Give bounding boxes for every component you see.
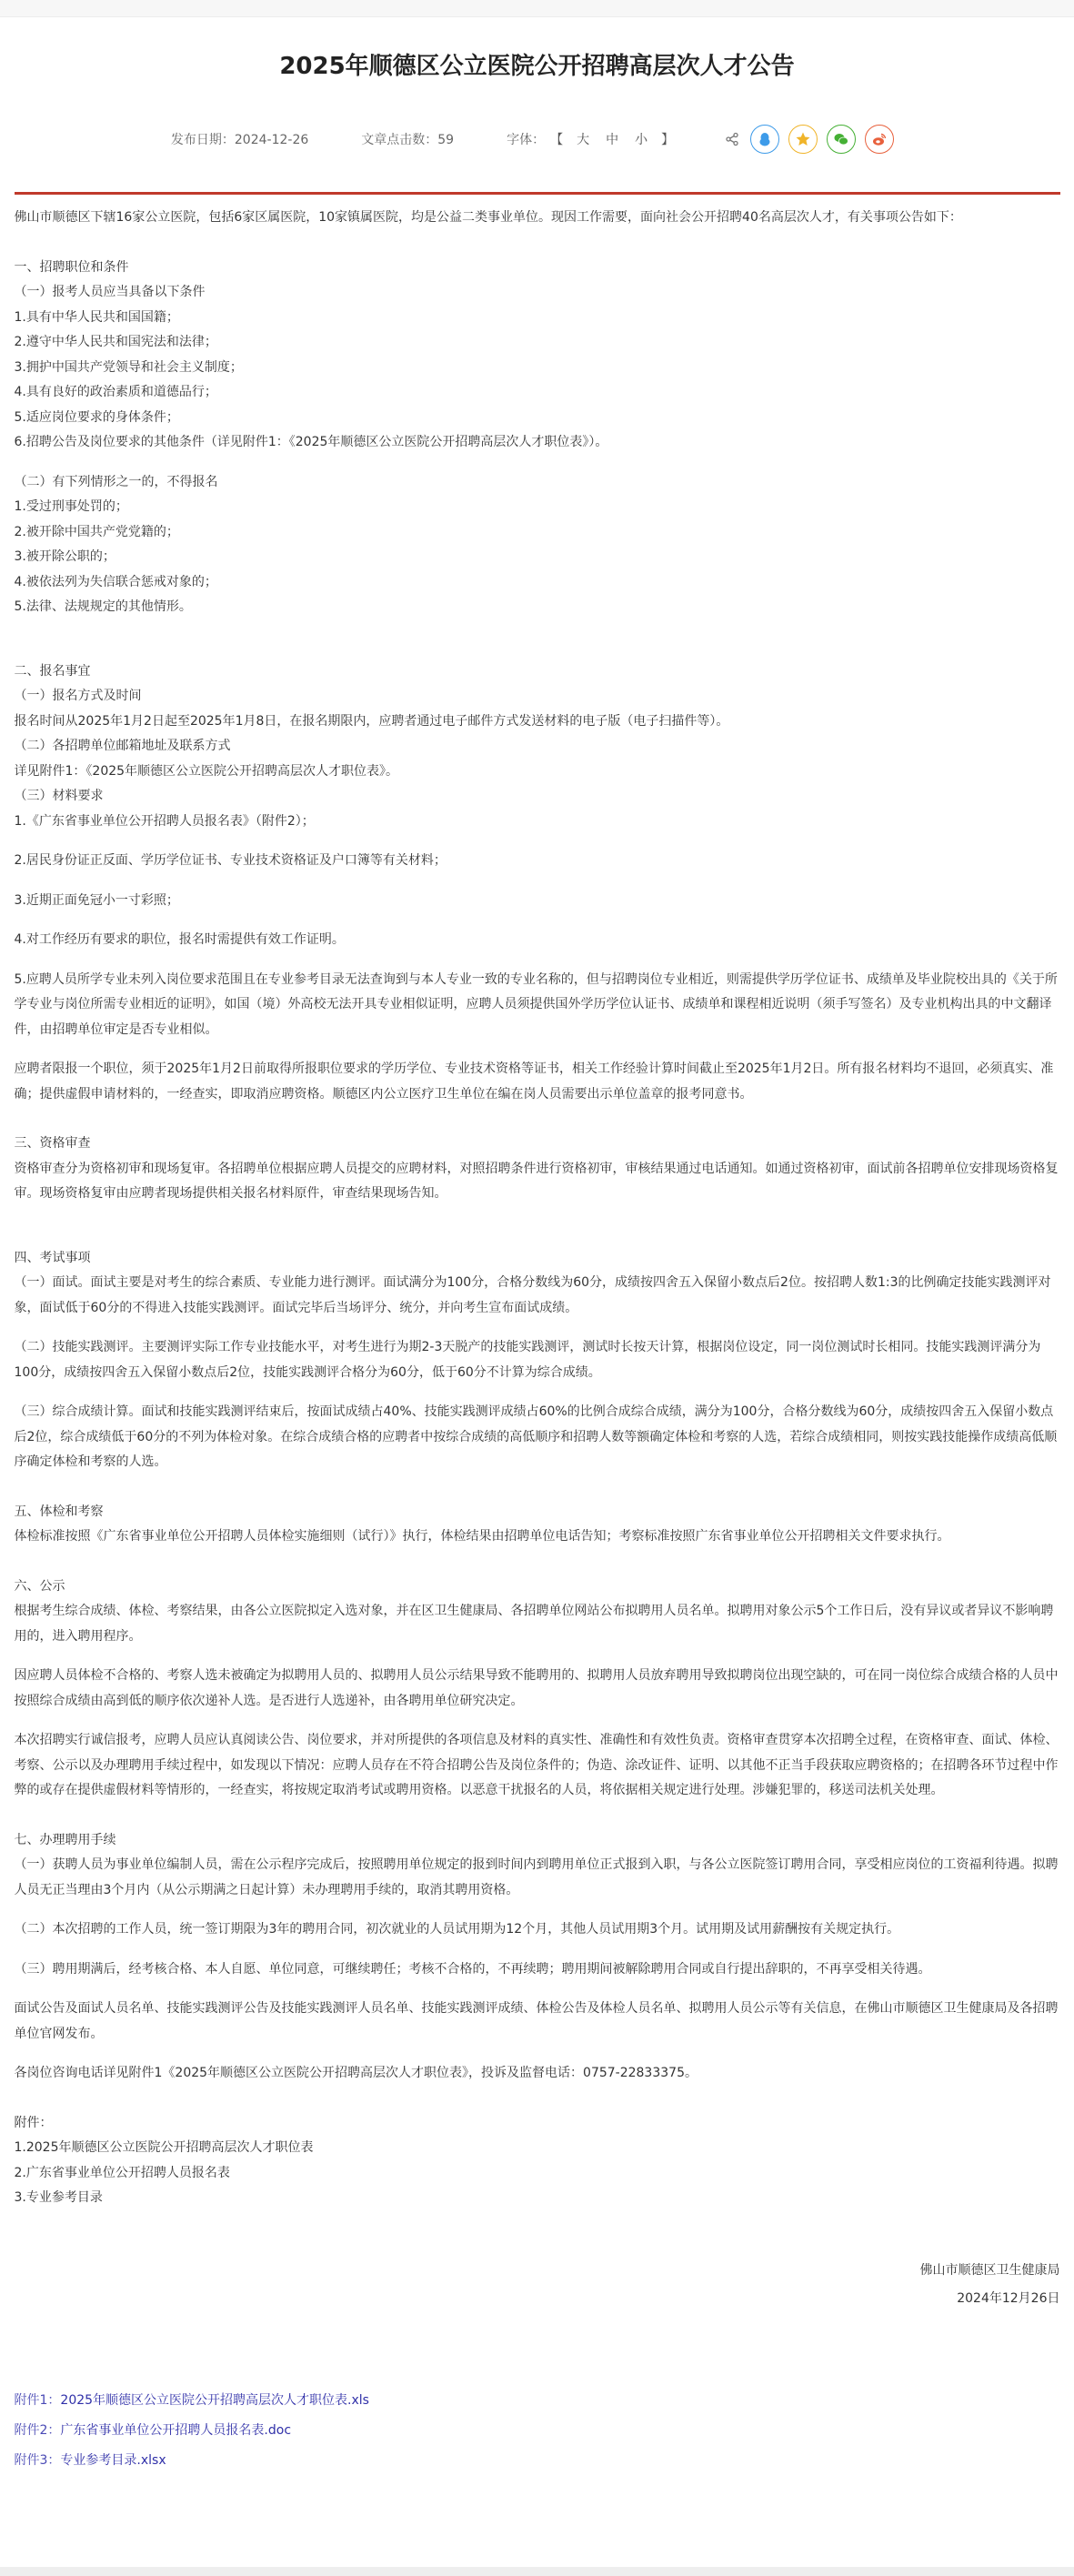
share-qq-button[interactable] <box>750 125 779 154</box>
attachments-label: 附件： <box>15 2111 1060 2137</box>
list-item: 3.被开除公职的； <box>15 545 1060 570</box>
subsection-heading: （二）有下列情形之一的，不得报名 <box>15 470 1060 496</box>
list-item: 1.《广东省事业单位公开招聘人员报名表》（附件2）； <box>15 810 1060 835</box>
list-item: 2.遵守中华人民共和国宪法和法律； <box>15 330 1060 356</box>
paragraph: （一）获聘人员为事业单位编制人员，需在公示程序完成后，按照聘用单位规定的报到时间… <box>15 1853 1060 1903</box>
subsection-heading: （二）各招聘单位邮箱地址及联系方式 <box>15 734 1060 760</box>
subsection-heading: （一）报考人员应当具备以下条件 <box>15 280 1060 306</box>
paragraph: 应聘者限报一个职位，须于2025年1月2日前取得所报职位要求的学历学位、专业技术… <box>15 1057 1060 1107</box>
weibo-icon <box>871 131 888 147</box>
share-icon <box>725 132 739 146</box>
paragraph: 体检标准按照《广东省事业单位公开招聘人员体检实施细则（试行）》执行，体检结果由招… <box>15 1524 1060 1550</box>
list-item: 2.居民身份证正反面、学历学位证书、专业技术资格证及户口簿等有关材料； <box>15 849 1060 874</box>
publish-date: 发布日期：2024-12-26 <box>171 130 308 148</box>
qq-icon <box>757 131 773 147</box>
paragraph: （三）综合成绩计算。面试和技能实践测评结束后，按面试成绩占40%、技能实践测评成… <box>15 1400 1060 1475</box>
list-item: 5.法律、法规规定的其他情形。 <box>15 595 1060 620</box>
list-item: 4.对工作经历有要求的职位，报名时需提供有效工作证明。 <box>15 928 1060 953</box>
font-size-control: 字体： 【 大 中 小 】 <box>507 130 679 148</box>
paragraph: （一）面试。面试主要是对考生的综合素质、专业能力进行测评。面试满分为100分，合… <box>15 1271 1060 1321</box>
share-group <box>725 125 903 154</box>
view-count: 文章点击数：59 <box>361 130 454 148</box>
bottom-bar <box>0 2567 1074 2576</box>
page-title: 2025年顺德区公立医院公开招聘高层次人才公告 <box>15 17 1060 85</box>
list-item: 3.近期正面免冠小一寸彩照； <box>15 889 1060 914</box>
wechat-icon <box>833 131 849 147</box>
font-size-label: 字体： <box>507 130 545 148</box>
signature-org: 佛山市顺德区卫生健康局 <box>15 2257 1060 2285</box>
attachment-list-item: 3.专业参考目录 <box>15 2186 1060 2211</box>
attachment-1-link[interactable]: 2025年顺德区公立医院公开招聘高层次人才职位表.xls <box>60 2393 369 2408</box>
list-item: 1.具有中华人民共和国国籍； <box>15 306 1060 331</box>
paragraph: （二）本次招聘的工作人员，统一签订期限为3年的聘用合同，初次就业的人员试用期为1… <box>15 1917 1060 1943</box>
paragraph: 报名时间从2025年1月2日起至2025年1月8日，在报名期限内，应聘者通过电子… <box>15 709 1060 735</box>
attachment-3-link[interactable]: 专业参考目录.xlsx <box>60 2453 166 2468</box>
list-item: 4.被依法列为失信联合惩戒对象的； <box>15 570 1060 596</box>
share-weibo-button[interactable] <box>865 125 894 154</box>
share-qzone-button[interactable] <box>788 125 818 154</box>
intro-paragraph: 佛山市顺德区下辖16家公立医院，包括6家区属医院，10家镇属医院，均是公益二类事… <box>15 206 1060 231</box>
paragraph: （三）聘用期满后，经考核合格、本人自愿、单位同意，可继续聘任；考核不合格的，不再… <box>15 1957 1060 1983</box>
attachment-link-row: 附件1：2025年顺德区公立医院公开招聘高层次人才职位表.xls <box>15 2386 1060 2416</box>
top-bar <box>0 0 1074 17</box>
section-heading: 七、办理聘用手续 <box>15 1828 1060 1854</box>
signature-date: 2024年12月26日 <box>15 2285 1060 2313</box>
list-item: 5.应聘人员所学专业未列入岗位要求范围且在专业参考目录无法查询到与本人专业一致的… <box>15 968 1060 1043</box>
qzone-icon <box>795 131 811 147</box>
paragraph: （二）技能实践测评。主要测评实际工作专业技能水平，对考生进行为期2-3天脱产的技… <box>15 1335 1060 1385</box>
attachment-link-row: 附件2：广东省事业单位公开招聘人员报名表.doc <box>15 2416 1060 2446</box>
paragraph: 各岗位咨询电话详见附件1《2025年顺德区公立医院公开招聘高层次人才职位表》，投… <box>15 2061 1060 2087</box>
attachment-link-row: 附件3：专业参考目录.xlsx <box>15 2446 1060 2476</box>
attachment-list-item: 1.2025年顺德区公立医院公开招聘高层次人才职位表 <box>15 2136 1060 2161</box>
list-item: 4.具有良好的政治素质和道德品行； <box>15 380 1060 406</box>
signature-block: 佛山市顺德区卫生健康局 2024年12月26日 <box>15 2257 1060 2313</box>
article-meta: 发布日期：2024-12-26 文章点击数：59 字体： 【 大 中 小 】 <box>15 119 1060 159</box>
paragraph: 详见附件1：《2025年顺德区公立医院公开招聘高层次人才职位表》。 <box>15 760 1060 785</box>
section-heading: 一、招聘职位和条件 <box>15 256 1060 281</box>
list-item: 6.招聘公告及岗位要求的其他条件（详见附件1：《2025年顺德区公立医院公开招聘… <box>15 430 1060 456</box>
share-wechat-button[interactable] <box>827 125 856 154</box>
section-heading: 三、资格审查 <box>15 1132 1060 1157</box>
subsection-heading: （三）材料要求 <box>15 784 1060 810</box>
paragraph: 本次招聘实行诚信报考，应聘人员应认真阅读公告、岗位要求，并对所提供的各项信息及材… <box>15 1728 1060 1804</box>
paragraph: 面试公告及面试人员名单、技能实践测评公告及技能实践测评人员名单、技能实践测评成绩… <box>15 1997 1060 2047</box>
font-size-large-button[interactable]: 大 <box>577 130 589 148</box>
attachment-downloads: 附件1：2025年顺德区公立医院公开招聘高层次人才职位表.xls 附件2：广东省… <box>15 2386 1060 2476</box>
section-heading: 五、体检和考察 <box>15 1500 1060 1525</box>
section-heading: 六、公示 <box>15 1575 1060 1600</box>
attachment-list-item: 2.广东省事业单位公开招聘人员报名表 <box>15 2161 1060 2187</box>
list-item: 1.受过刑事处罚的； <box>15 495 1060 520</box>
subsection-heading: （一）报名方式及时间 <box>15 684 1060 709</box>
font-size-small-button[interactable]: 小 <box>635 130 647 148</box>
list-item: 3.拥护中国共产党领导和社会主义制度； <box>15 356 1060 381</box>
paragraph: 资格审查分为资格初审和现场复审。各招聘单位根据应聘人员提交的应聘材料，对照招聘条… <box>15 1157 1060 1207</box>
article-body: 佛山市顺德区下辖16家公立医院，包括6家区属医院，10家镇属医院，均是公益二类事… <box>15 195 1060 2476</box>
paragraph: 根据考生综合成绩、体检、考察结果，由各公立医院拟定入选对象，并在区卫生健康局、各… <box>15 1599 1060 1649</box>
attachment-2-link[interactable]: 广东省事业单位公开招聘人员报名表.doc <box>60 2423 291 2438</box>
section-heading: 二、报名事宜 <box>15 659 1060 685</box>
list-item: 5.适应岗位要求的身体条件； <box>15 406 1060 431</box>
article: 2025年顺德区公立医院公开招聘高层次人才公告 发布日期：2024-12-26 … <box>1 17 1074 2476</box>
paragraph: 因应聘人员体检不合格的、考察人选未被确定为拟聘用人员的、拟聘用人员公示结果导致不… <box>15 1664 1060 1714</box>
section-heading: 四、考试事项 <box>15 1246 1060 1272</box>
list-item: 2.被开除中国共产党党籍的； <box>15 520 1060 546</box>
font-size-medium-button[interactable]: 中 <box>606 130 618 148</box>
